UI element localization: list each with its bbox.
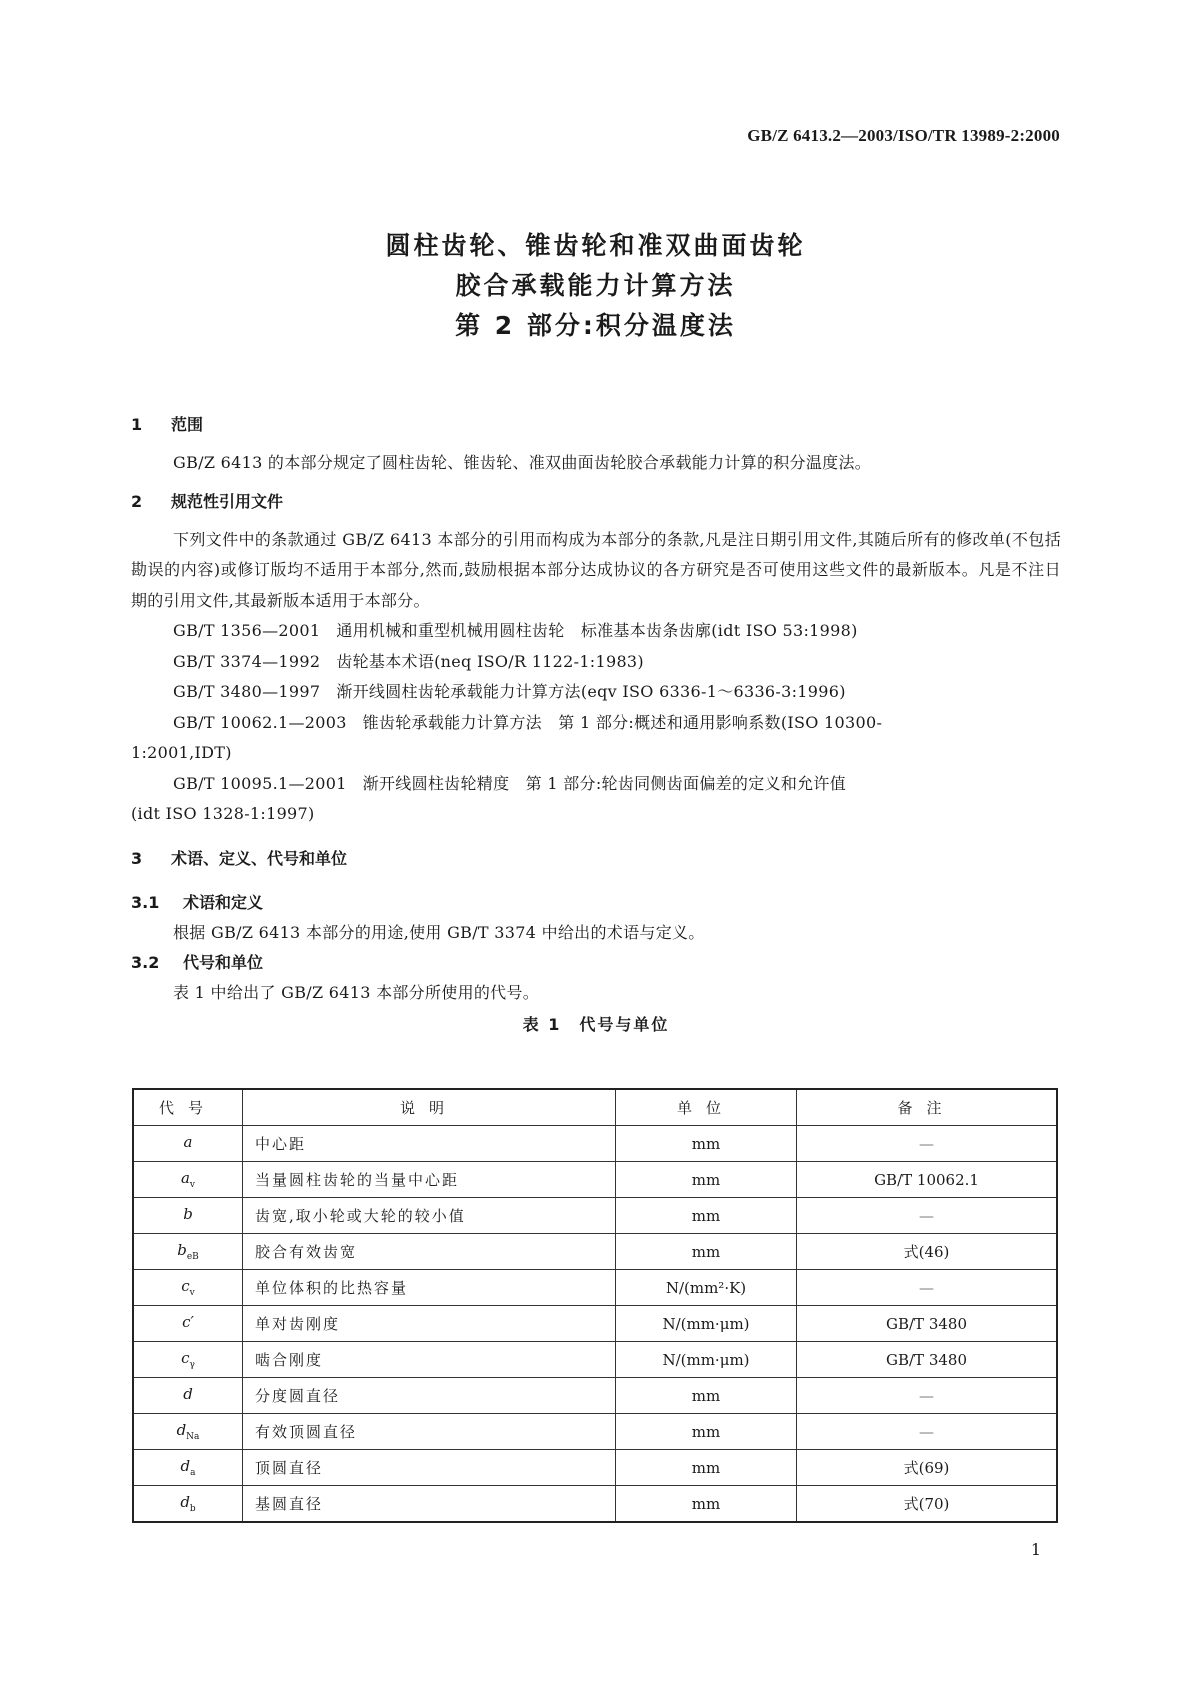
table-row: av 当量圆柱齿轮的当量中心距 mm GB/T 10062.1	[133, 1162, 1057, 1198]
reference-title: 渐开线圆柱齿轮承载能力计算方法(eqv ISO 6336-1～6336-3:19…	[336, 682, 845, 701]
description-cell: 啮合刚度	[243, 1342, 616, 1378]
section-1-paragraph: GB/Z 6413 的本部分规定了圆柱齿轮、锥齿轮、准双曲面齿轮胶合承载能力计算…	[131, 448, 1061, 479]
unit-cell: mm	[616, 1126, 797, 1162]
document-title: 圆柱齿轮、锥齿轮和准双曲面齿轮 胶合承载能力计算方法 第 2 部分:积分温度法	[0, 226, 1191, 346]
symbol-cell: db	[133, 1486, 243, 1523]
reference-title: 锥齿轮承载能力计算方法 第 1 部分:概述和通用影响系数(ISO 10300-	[363, 713, 882, 732]
reference-continuation: (idt ISO 1328-1:1997)	[131, 799, 1061, 830]
remark-cell: —	[797, 1270, 1058, 1306]
title-line-1: 圆柱齿轮、锥齿轮和准双曲面齿轮	[0, 226, 1191, 266]
table-row: da 顶圆直径 mm 式(69)	[133, 1450, 1057, 1486]
remark-cell: GB/T 3480	[797, 1342, 1058, 1378]
section-number: 2	[131, 487, 171, 517]
section-title: 术语和定义	[183, 893, 263, 912]
remark-cell: —	[797, 1414, 1058, 1450]
section-3-heading: 3术语、定义、代号和单位	[131, 844, 1061, 874]
unit-cell: mm	[616, 1198, 797, 1234]
column-header-unit: 单位	[616, 1089, 797, 1126]
title-line-2: 胶合承载能力计算方法	[0, 266, 1191, 306]
column-header-remark: 备注	[797, 1089, 1058, 1126]
symbol-cell: da	[133, 1450, 243, 1486]
unit-cell: mm	[616, 1486, 797, 1523]
section-title: 范围	[171, 415, 203, 434]
section-title: 规范性引用文件	[171, 492, 283, 511]
description-cell: 中心距	[243, 1126, 616, 1162]
table-row: dNa 有效顶圆直径 mm —	[133, 1414, 1057, 1450]
symbol-cell: cv	[133, 1270, 243, 1306]
reference-item: GB/T 3480—1997渐开线圆柱齿轮承载能力计算方法(eqv ISO 63…	[131, 677, 1061, 708]
section-2-heading: 2规范性引用文件	[131, 487, 1061, 517]
table-row: b 齿宽,取小轮或大轮的较小值 mm —	[133, 1198, 1057, 1234]
unit-cell: N/(mm·μm)	[616, 1342, 797, 1378]
description-cell: 齿宽,取小轮或大轮的较小值	[243, 1198, 616, 1234]
reference-code: GB/T 3374—1992	[173, 647, 320, 678]
description-cell: 胶合有效齿宽	[243, 1234, 616, 1270]
table-row: beB 胶合有效齿宽 mm 式(46)	[133, 1234, 1057, 1270]
reference-item: GB/T 10062.1—2003锥齿轮承载能力计算方法 第 1 部分:概述和通…	[131, 708, 1061, 769]
description-cell: 顶圆直径	[243, 1450, 616, 1486]
reference-code: GB/T 10095.1—2001	[173, 769, 347, 800]
reference-code: GB/T 10062.1—2003	[173, 708, 347, 739]
section-number: 1	[131, 410, 171, 440]
section-title: 代号和单位	[183, 953, 263, 972]
table-row: c′ 单对齿刚度 N/(mm·μm) GB/T 3480	[133, 1306, 1057, 1342]
section-number: 3.2	[131, 948, 183, 978]
section-3-1-heading: 3.1术语和定义	[131, 888, 1061, 918]
standard-code-header: GB/Z 6413.2—2003/ISO/TR 13989-2:2000	[747, 126, 1060, 146]
section-1-heading: 1范围	[131, 410, 1061, 440]
unit-cell: N/(mm·μm)	[616, 1306, 797, 1342]
unit-cell: N/(mm²·K)	[616, 1270, 797, 1306]
symbol-cell: dNa	[133, 1414, 243, 1450]
description-cell: 基圆直径	[243, 1486, 616, 1523]
reference-item: GB/T 3374—1992齿轮基本术语(neq ISO/R 1122-1:19…	[131, 647, 1061, 678]
symbol-cell: cγ	[133, 1342, 243, 1378]
section-3-2-heading: 3.2代号和单位	[131, 948, 1061, 978]
description-cell: 当量圆柱齿轮的当量中心距	[243, 1162, 616, 1198]
symbols-table: 代号 说明 单位 备注 a 中心距 mm — av 当量圆柱齿轮的当量中心距 m…	[132, 1088, 1058, 1523]
symbol-cell: d	[133, 1378, 243, 1414]
table-caption: 表 1 代号与单位	[131, 1009, 1061, 1041]
section-2-paragraph: 下列文件中的条款通过 GB/Z 6413 本部分的引用而构成为本部分的条款,凡是…	[131, 525, 1061, 617]
remark-cell: —	[797, 1126, 1058, 1162]
unit-cell: mm	[616, 1162, 797, 1198]
symbol-cell: av	[133, 1162, 243, 1198]
description-cell: 单对齿刚度	[243, 1306, 616, 1342]
title-line-3: 第 2 部分:积分温度法	[0, 306, 1191, 346]
description-cell: 有效顶圆直径	[243, 1414, 616, 1450]
table-row: cv 单位体积的比热容量 N/(mm²·K) —	[133, 1270, 1057, 1306]
column-header-symbol: 代号	[133, 1089, 243, 1126]
symbol-cell: c′	[133, 1306, 243, 1342]
table-header-row: 代号 说明 单位 备注	[133, 1089, 1057, 1126]
section-3-1-paragraph: 根据 GB/Z 6413 本部分的用途,使用 GB/T 3374 中给出的术语与…	[131, 918, 1061, 949]
reference-code: GB/T 1356—2001	[173, 616, 320, 647]
table-row: a 中心距 mm —	[133, 1126, 1057, 1162]
reference-code: GB/T 3480—1997	[173, 677, 320, 708]
remark-cell: 式(69)	[797, 1450, 1058, 1486]
remark-cell: 式(70)	[797, 1486, 1058, 1523]
remark-cell: 式(46)	[797, 1234, 1058, 1270]
reference-item: GB/T 10095.1—2001渐开线圆柱齿轮精度 第 1 部分:轮齿同侧齿面…	[131, 769, 1061, 830]
section-3-2-paragraph: 表 1 中给出了 GB/Z 6413 本部分所使用的代号。	[131, 978, 1061, 1009]
document-body: 1范围 GB/Z 6413 的本部分规定了圆柱齿轮、锥齿轮、准双曲面齿轮胶合承载…	[131, 410, 1061, 1041]
remark-cell: GB/T 10062.1	[797, 1162, 1058, 1198]
reference-item: GB/T 1356—2001通用机械和重型机械用圆柱齿轮 标准基本齿条齿廓(id…	[131, 616, 1061, 647]
remark-cell: GB/T 3480	[797, 1306, 1058, 1342]
page-number: 1	[1031, 1540, 1041, 1559]
table-row: d 分度圆直径 mm —	[133, 1378, 1057, 1414]
column-header-description: 说明	[243, 1089, 616, 1126]
symbol-cell: b	[133, 1198, 243, 1234]
section-number: 3	[131, 844, 171, 874]
unit-cell: mm	[616, 1450, 797, 1486]
reference-continuation: 1:2001,IDT)	[131, 738, 1061, 769]
section-title: 术语、定义、代号和单位	[171, 849, 347, 868]
unit-cell: mm	[616, 1234, 797, 1270]
symbol-cell: beB	[133, 1234, 243, 1270]
description-cell: 单位体积的比热容量	[243, 1270, 616, 1306]
table-row: cγ 啮合刚度 N/(mm·μm) GB/T 3480	[133, 1342, 1057, 1378]
description-cell: 分度圆直径	[243, 1378, 616, 1414]
unit-cell: mm	[616, 1378, 797, 1414]
remark-cell: —	[797, 1378, 1058, 1414]
section-number: 3.1	[131, 888, 183, 918]
unit-cell: mm	[616, 1414, 797, 1450]
reference-title: 齿轮基本术语(neq ISO/R 1122-1:1983)	[336, 652, 644, 671]
symbol-cell: a	[133, 1126, 243, 1162]
remark-cell: —	[797, 1198, 1058, 1234]
reference-title: 通用机械和重型机械用圆柱齿轮 标准基本齿条齿廓(idt ISO 53:1998)	[336, 621, 857, 640]
table-row: db 基圆直径 mm 式(70)	[133, 1486, 1057, 1523]
reference-title: 渐开线圆柱齿轮精度 第 1 部分:轮齿同侧齿面偏差的定义和允许值	[363, 774, 846, 793]
